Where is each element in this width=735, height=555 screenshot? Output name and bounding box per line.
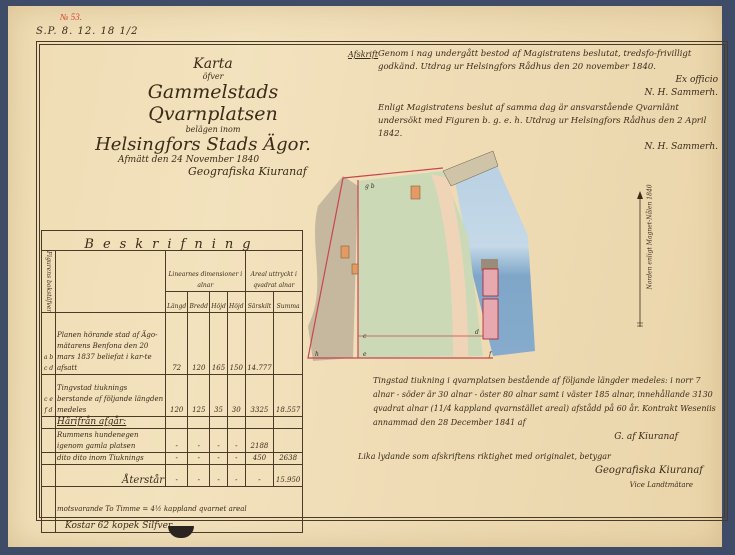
col-head: Bredd bbox=[188, 291, 210, 312]
svg-text:h: h bbox=[315, 351, 319, 358]
top-paragraph-1: Genom i nag undergått bestod af Magistra… bbox=[378, 48, 718, 74]
title-line-karta: Karta bbox=[98, 56, 328, 72]
col-head: Höjd bbox=[227, 291, 245, 312]
compass-label: Norden enligt Magnet-Nålen 1840 bbox=[647, 230, 654, 290]
text-column-head bbox=[56, 251, 166, 313]
col-head: Längd bbox=[166, 291, 188, 312]
table-row: dito dito inom Tiuknings - - - - 450 263… bbox=[42, 453, 303, 465]
top-attest: Ex officio bbox=[348, 74, 718, 87]
title-main: Gammelstads Qvarnplatsen bbox=[98, 81, 328, 125]
area-group-head: Areal uttryckt i qvadrat alnar bbox=[245, 251, 302, 292]
table-row: Rummens hundenegen igenom gamla platsen … bbox=[42, 429, 303, 453]
map-document: № 53. S.P. 8. 12. 18 1/2 Karta öfver Gam… bbox=[8, 6, 722, 547]
bottom-paragraph: Tingstad tiukning i qvarnplatsen beståen… bbox=[373, 374, 718, 430]
mill-site-map: g b c d e f h bbox=[303, 146, 553, 366]
description-table: Beskrifning Figurens bokstäfver Linearne… bbox=[41, 230, 303, 533]
building-north bbox=[411, 186, 420, 199]
dimensions-group-head: Linearnes dimensioner i alnar bbox=[166, 251, 246, 292]
table-row: Återstår - - - - - 15.950 bbox=[42, 465, 303, 487]
mill-building-1 bbox=[483, 269, 498, 296]
archive-reference: S.P. 8. 12. 18 1/2 bbox=[36, 26, 139, 37]
top-signature-1: N. H. Sammerh. bbox=[348, 87, 718, 100]
title-location: Helsingfors Stads Ägor. bbox=[78, 134, 328, 155]
table-row: Härifrån afgår: bbox=[42, 417, 303, 429]
title-date: Afmätt den 24 November 1840 bbox=[118, 155, 328, 165]
title-line-belagen: belägen inom bbox=[98, 125, 328, 134]
mill-building-2 bbox=[483, 299, 498, 339]
cost-note: Kostar 62 kopek Silfver bbox=[65, 521, 172, 531]
rocky-terrain bbox=[308, 176, 358, 361]
top-paragraph-2: Enligt Magistratens beslut af samma dag … bbox=[378, 102, 718, 141]
afskrift-label: Afskrift bbox=[348, 48, 378, 61]
certification-text: Lika lydande som afskriftens riktighet m… bbox=[358, 450, 718, 464]
svg-text:e: e bbox=[363, 351, 367, 358]
bottom-signature: G. af Kiuranaf bbox=[373, 430, 678, 444]
table-title: Beskrifning bbox=[42, 231, 303, 251]
north-arrow bbox=[633, 191, 647, 331]
letters-column-head: Figurens bokstäfver bbox=[42, 251, 56, 313]
title-cartouche: Karta öfver Gammelstads Qvarnplatsen bel… bbox=[68, 56, 328, 178]
bottom-annotation: Tingstad tiukning i qvarnplatsen beståen… bbox=[373, 374, 718, 492]
svg-text:g b: g b bbox=[365, 183, 375, 190]
top-annotation: Afskrift Genom i nag undergått bestod af… bbox=[348, 48, 718, 154]
svg-text:d: d bbox=[475, 329, 479, 336]
title-line-ofver: öfver bbox=[98, 72, 328, 81]
smithy-building bbox=[341, 246, 349, 258]
certification-title: Vice Landtmätare bbox=[373, 478, 693, 492]
certification-signature: Geografiska Kiuranaf bbox=[373, 464, 703, 478]
dwelling-building bbox=[352, 264, 358, 274]
wax-seal bbox=[168, 526, 194, 538]
col-head: Summa bbox=[274, 291, 303, 312]
stamp-number: № 53. bbox=[60, 12, 82, 22]
table-row: c e f d Tingvstad tiuknings berstande af… bbox=[42, 375, 303, 417]
table-row: a b c d Planen hörande stad af Ägo-mätar… bbox=[42, 313, 303, 375]
col-head: Höjd bbox=[210, 291, 228, 312]
col-head: Särskilt bbox=[245, 291, 274, 312]
